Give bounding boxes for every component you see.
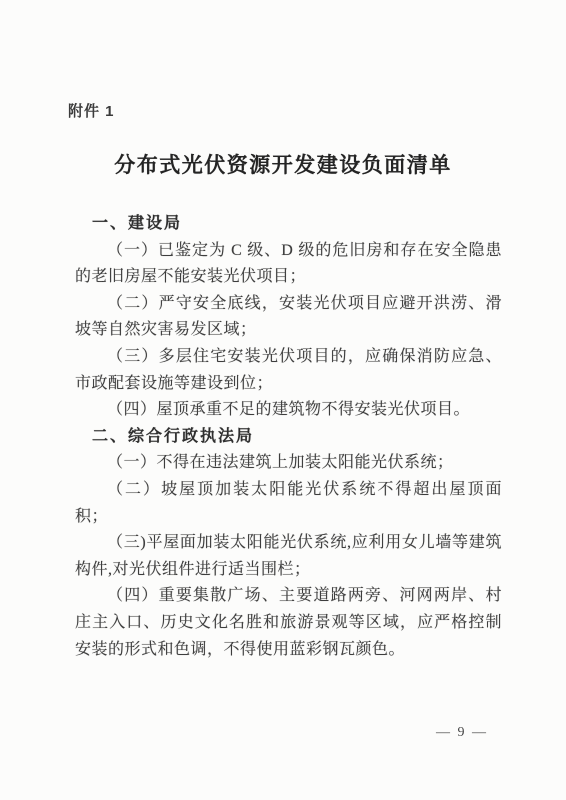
page-title: 分布式光伏资源开发建设负面清单 [0, 149, 566, 179]
list-item: （二）严守安全底线，安装光伏项目应避开洪涝、滑坡等自然灾害易发区域； [75, 291, 502, 344]
list-item: （三)平屋面加装太阳能光伏系统,应利用女儿墙等建筑构件,对光伏组件进行适当围栏； [75, 530, 502, 583]
list-item: （二）坡屋顶加装太阳能光伏系统不得超出屋顶面积； [75, 477, 502, 530]
list-item: （四）屋顶承重不足的建筑物不得安装光伏项目。 [75, 397, 502, 424]
page-number: — 9 — [436, 725, 488, 741]
section-heading-comprehensive-law-enforcement-bureau: 二、综合行政执法局 [75, 424, 502, 451]
list-item: （四）重要集散广场、主要道路两旁、河网两岸、村庄主入口、历史文化名胜和旅游景观等… [75, 583, 502, 663]
list-item: （一）不得在违法建筑上加装太阳能光伏系统； [75, 450, 502, 477]
list-item: （一）已鉴定为 C 级、D 级的危旧房和存在安全隐患的老旧房屋不能安装光伏项目； [75, 238, 502, 291]
section-heading-construction-bureau: 一、建设局 [75, 211, 502, 238]
document-page: 附件 1 分布式光伏资源开发建设负面清单 一、建设局 （一）已鉴定为 C 级、D… [0, 0, 566, 800]
attachment-label: 附件 1 [68, 100, 115, 121]
list-item: （三）多层住宅安装光伏项目的，应确保消防应急、市政配套设施等建设到位； [75, 344, 502, 397]
document-body: 一、建设局 （一）已鉴定为 C 级、D 级的危旧房和存在安全隐患的老旧房屋不能安… [75, 211, 502, 663]
